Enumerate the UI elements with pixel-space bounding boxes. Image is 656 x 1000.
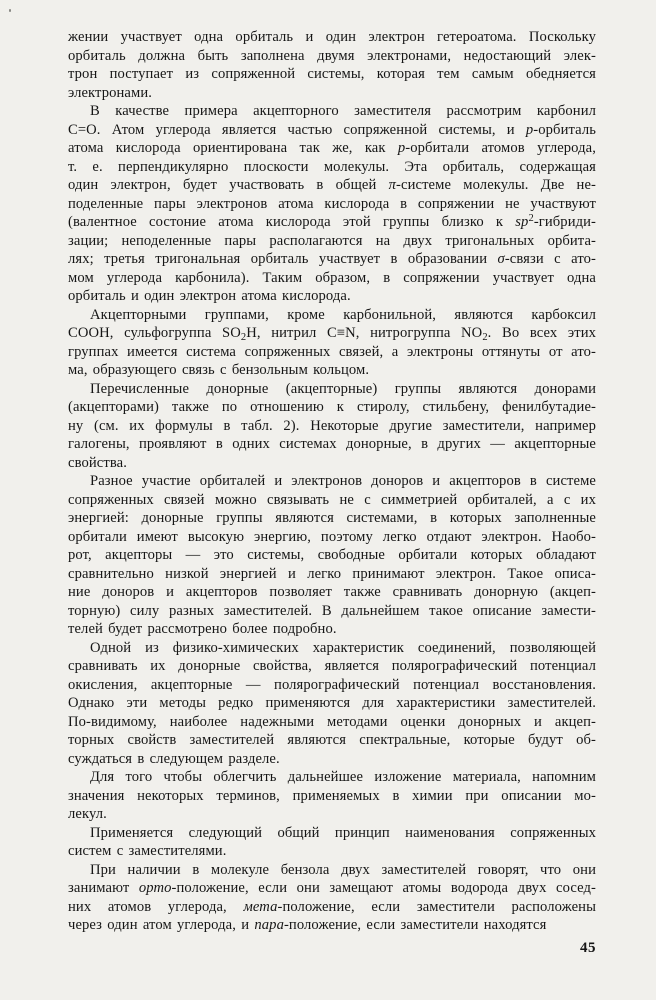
text-line: орбиталь и один электрон атома кислорода…: [68, 287, 596, 306]
text-line: ну (см. их формулы в табл. 2). Некоторые…: [68, 417, 596, 436]
text-line: (валентное состоние атома кислорода этой…: [68, 213, 596, 232]
text-line: суждаться в следующем разделе.: [68, 750, 596, 769]
text-line: через один атом углерода, и пара-положен…: [68, 916, 596, 935]
paragraph: Разное участие орбиталей и электронов до…: [68, 472, 596, 639]
text-line: поделенные пары электронов атома кислоро…: [68, 195, 596, 214]
paragraph: В качестве примера акцепторного заместит…: [68, 102, 596, 306]
text-line: орбитали имеют высокую энергию, поэтому …: [68, 528, 596, 547]
paragraph: Применяется следующий общий принцип наим…: [68, 824, 596, 861]
text-line: энергией: донорные группы являются систе…: [68, 509, 596, 528]
page-number: 45: [68, 940, 596, 957]
text-line: них атомов углерода, мета-положение, есл…: [68, 898, 596, 917]
text-line: свойства.: [68, 454, 596, 473]
text-line: ма, образующего связь с бензольным кольц…: [68, 361, 596, 380]
text-line: Одной из физико-химических характеристик…: [68, 639, 596, 658]
text-line: орбиталь должна быть заполнена двумя эле…: [68, 47, 596, 66]
text-line: лекул.: [68, 805, 596, 824]
text-line: трон поступает из сопряженной системы, к…: [68, 65, 596, 84]
page-body: жении участвует одна орбиталь и один эле…: [68, 28, 596, 935]
text-line: один электрон, будет участвовать в общей…: [68, 176, 596, 195]
text-line: сравнительно низкой энергией и легко при…: [68, 565, 596, 584]
text-line: систем с заместителями.: [68, 842, 596, 861]
text-line: значения некоторых терминов, применяемых…: [68, 787, 596, 806]
paragraph: жении участвует одна орбиталь и один эле…: [68, 28, 596, 102]
text-line: электронами.: [68, 84, 596, 103]
paragraph: Одной из физико-химических характеристик…: [68, 639, 596, 769]
paragraph: Для того чтобы облегчить дальнейшее изло…: [68, 768, 596, 824]
text-line: жении участвует одна орбиталь и один эле…: [68, 28, 596, 47]
text-line: зации; неподеленные пары располагаются н…: [68, 232, 596, 251]
text-line: т. е. перпендикулярно плоскости молекулы…: [68, 158, 596, 177]
text-line: При наличии в молекуле бензола двух заме…: [68, 861, 596, 880]
paragraph: При наличии в молекуле бензола двух заме…: [68, 861, 596, 935]
text-line: В качестве примера акцепторного заместит…: [68, 102, 596, 121]
text-line: Для того чтобы облегчить дальнейшее изло…: [68, 768, 596, 787]
text-line: галогены, проявляют в одних системах дон…: [68, 435, 596, 454]
text-line: (акцепторами) также по отношению к стиро…: [68, 398, 596, 417]
text-line: телей будет рассмотрено более подробно.: [68, 620, 596, 639]
text-line: Перечисленные донорные (акцепторные) гру…: [68, 380, 596, 399]
book-page: жении участвует одна орбиталь и один эле…: [0, 0, 656, 1000]
paragraph: Акцепторными группами, кроме карбонильно…: [68, 306, 596, 380]
text-line: группах имеется система сопряженных связ…: [68, 343, 596, 362]
scan-speck: [9, 9, 11, 12]
text-line: лях; третья тригональная орбиталь участв…: [68, 250, 596, 269]
text-line: Однако эти методы редко применяются для …: [68, 694, 596, 713]
text-line: занимают орто-положение, если они замеща…: [68, 879, 596, 898]
text-line: COOH, сульфогруппа SO2H, нитрил C≡N, нит…: [68, 324, 596, 343]
text-line: мом углерода карбонила). Таким образом, …: [68, 269, 596, 288]
text-line: атома кислорода ориентирована так же, ка…: [68, 139, 596, 158]
text-line: торную) силу разных заместителей. В даль…: [68, 602, 596, 621]
text-line: сравнивать их донорные свойства, являетс…: [68, 657, 596, 676]
text-line: рот, акцепторы — это системы, свободные …: [68, 546, 596, 565]
paragraph: Перечисленные донорные (акцепторные) гру…: [68, 380, 596, 473]
text-line: Разное участие орбиталей и электронов до…: [68, 472, 596, 491]
text-line: сопряженных связей можно связывать не с …: [68, 491, 596, 510]
text-line: окисления, акцепторные — полярографическ…: [68, 676, 596, 695]
text-line: торных свойств заместителей являются спе…: [68, 731, 596, 750]
text-line: Акцепторными группами, кроме карбонильно…: [68, 306, 596, 325]
text-line: Применяется следующий общий принцип наим…: [68, 824, 596, 843]
text-line: По-видимому, наиболее надежными методами…: [68, 713, 596, 732]
text-line: ние доноров и акцепторов позволяет также…: [68, 583, 596, 602]
text-line: C=O. Атом углерода является частью сопря…: [68, 121, 596, 140]
